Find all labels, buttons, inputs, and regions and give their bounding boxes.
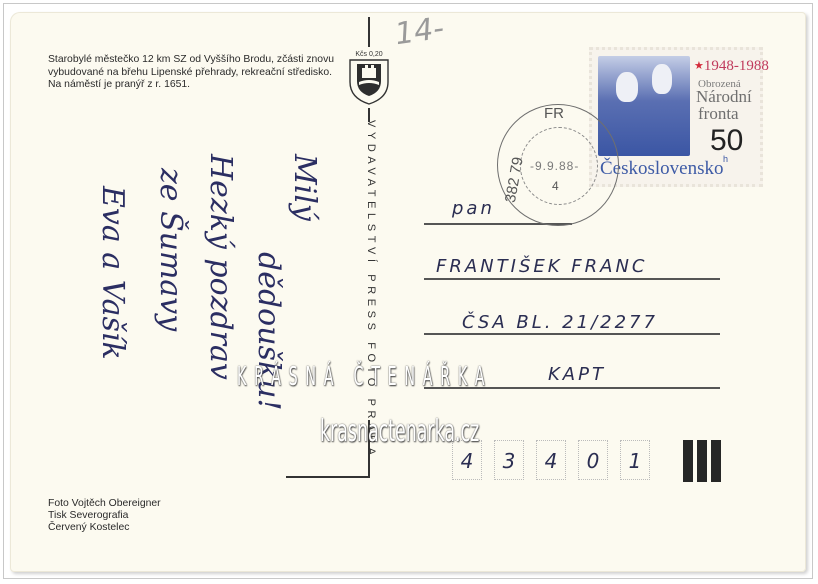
postal-code-bar [711, 440, 721, 482]
message-line: Milý [287, 154, 322, 221]
zip-digit-box: 1 [620, 440, 650, 480]
address-line [424, 333, 720, 335]
postcard-description: Starobylé městečko 12 km SZ od Vyššího B… [48, 54, 338, 92]
message-line: ze Šumavy [153, 168, 188, 331]
credit-photo: Foto Vojtěch Obereigner [48, 498, 161, 510]
stamp-years: ★1948-1988 [694, 58, 769, 75]
stamp-value: 50 [710, 124, 743, 158]
watermark-title: KRÁSNÁ ČTENÁŘKA [237, 362, 492, 392]
postmark-number: 4 [552, 179, 559, 193]
credit-print: Tisk Severografia [48, 510, 161, 522]
address-name: FRANTIŠEK FRANC [436, 256, 647, 277]
postmark: 382 79 FR -9.9.88- 4 [497, 104, 619, 226]
publisher-logo: Kčs 0,20 [344, 48, 394, 106]
address-salutation: pan [452, 198, 495, 219]
zip-digit-box: 4 [536, 440, 566, 480]
stamp-title: Národní fronta [696, 88, 752, 122]
message-line: Hezký pozdrav [203, 154, 238, 380]
address-line [424, 278, 720, 280]
postcard-credits: Foto Vojtěch Obereigner Tisk Severografi… [48, 498, 161, 535]
pencil-price-note: 14- [393, 11, 446, 52]
star-icon: ★ [694, 60, 704, 72]
postmark-date: -9.9.88- [530, 159, 579, 173]
zip-digit-box: 3 [494, 440, 524, 480]
svg-text:Kčs 0,20: Kčs 0,20 [355, 51, 382, 58]
address-street: ČSA BL. 21/2277 [462, 312, 658, 333]
message-line: Eva a Vašík [95, 186, 130, 360]
postmark-place: FR [544, 105, 564, 122]
credit-location: Červený Kostelec [48, 522, 161, 534]
zip-digit-box: 0 [578, 440, 608, 480]
postal-code-bar [697, 440, 707, 482]
address-city: KAPT [548, 364, 606, 385]
divider-line [368, 17, 370, 47]
castle-shield-icon: Kčs 0,20 [344, 48, 394, 106]
postal-code-bar [683, 440, 693, 482]
watermark-url: krasnactenarka.cz [320, 414, 479, 449]
